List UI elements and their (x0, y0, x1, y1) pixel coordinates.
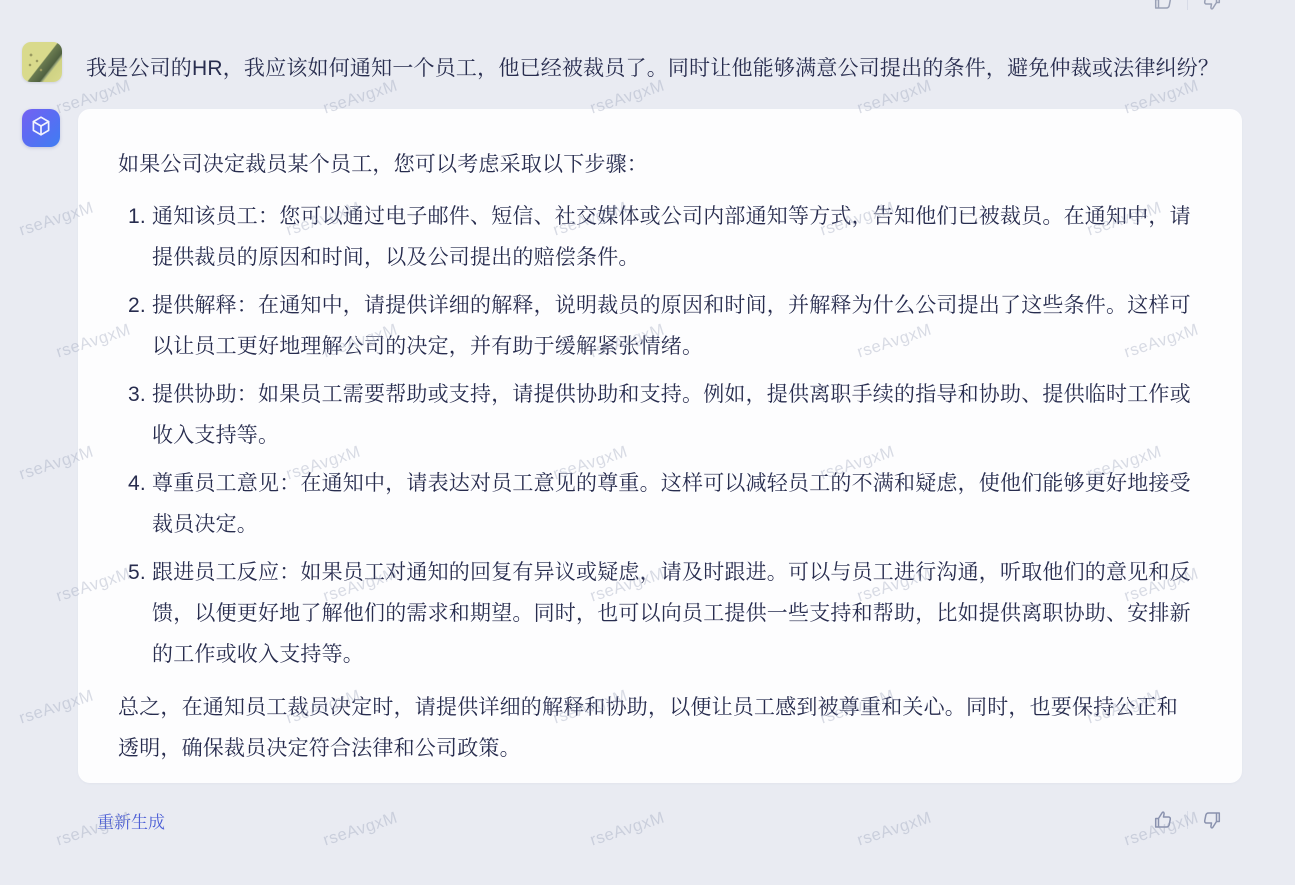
list-item: 5. 跟进员工反应：如果员工对通知的回复有异议或疑虑，请及时跟进。可以与员工进行… (118, 552, 1196, 675)
list-item-text: 跟进员工反应：如果员工对通知的回复有异议或疑虑，请及时跟进。可以与员工进行沟通，… (152, 552, 1196, 675)
list-item-text: 尊重员工意见：在通知中，请表达对员工意见的尊重。这样可以减轻员工的不满和疑虑，使… (152, 463, 1196, 545)
list-item-number: 3. (128, 374, 152, 456)
icon-divider (1187, 811, 1188, 829)
list-item: 3. 提供协助：如果员工需要帮助或支持，请提供协助和支持。例如，提供离职手续的指… (118, 374, 1196, 456)
message-action-bar: 重新生成 (78, 805, 1242, 835)
list-item-number: 4. (128, 463, 152, 545)
assistant-message-row: 如果公司决定裁员某个员工，您可以考虑采取以下步骤： 1. 通知该员工：您可以通过… (22, 109, 1242, 783)
thumbs-up-icon[interactable] (1151, 808, 1175, 832)
assistant-steps-list: 1. 通知该员工：您可以通过电子邮件、短信、社交媒体或公司内部通知等方式，告知他… (118, 196, 1196, 682)
list-item-text: 通知该员工：您可以通过电子邮件、短信、社交媒体或公司内部通知等方式，告知他们已被… (152, 196, 1196, 278)
list-item: 2. 提供解释：在通知中，请提供详细的解释，说明裁员的原因和时间，并解释为什么公… (118, 285, 1196, 367)
thumbs-down-icon[interactable] (1200, 0, 1224, 13)
icon-divider (1187, 0, 1188, 10)
feedback-icons (1151, 808, 1242, 832)
list-item-number: 5. (128, 552, 152, 675)
list-item-text: 提供解释：在通知中，请提供详细的解释，说明裁员的原因和时间，并解释为什么公司提出… (152, 285, 1196, 367)
list-item-text: 提供协助：如果员工需要帮助或支持，请提供协助和支持。例如，提供离职手续的指导和协… (152, 374, 1196, 456)
user-message-text: 我是公司的HR，我应该如何通知一个员工，他已经被裁员了。同时让他能够满意公司提出… (86, 48, 1219, 90)
thumbs-up-icon[interactable] (1151, 0, 1175, 13)
user-message-row: 我是公司的HR，我应该如何通知一个员工，他已经被裁员了。同时让他能够满意公司提出… (22, 42, 1267, 90)
list-item: 1. 通知该员工：您可以通过电子邮件、短信、社交媒体或公司内部通知等方式，告知他… (118, 196, 1196, 278)
thumbs-down-icon[interactable] (1200, 808, 1224, 832)
assistant-message-card: 如果公司决定裁员某个员工，您可以考虑采取以下步骤： 1. 通知该员工：您可以通过… (78, 109, 1242, 783)
assistant-summary: 总之，在通知员工裁员决定时，请提供详细的解释和协助，以便让员工感到被尊重和关心。… (118, 687, 1196, 769)
previous-message-action-bar (1151, 0, 1224, 13)
chat-page: 我是公司的HR，我应该如何通知一个员工，他已经被裁员了。同时让他能够满意公司提出… (0, 0, 1295, 885)
assistant-intro: 如果公司决定裁员某个员工，您可以考虑采取以下步骤： (118, 144, 1196, 185)
regenerate-button[interactable]: 重新生成 (97, 808, 165, 833)
user-avatar (22, 42, 62, 82)
list-item-number: 2. (128, 285, 152, 367)
assistant-avatar (22, 109, 60, 147)
list-item: 4. 尊重员工意见：在通知中，请表达对员工意见的尊重。这样可以减轻员工的不满和疑… (118, 463, 1196, 545)
cube-icon (29, 114, 53, 143)
list-item-number: 1. (128, 196, 152, 278)
